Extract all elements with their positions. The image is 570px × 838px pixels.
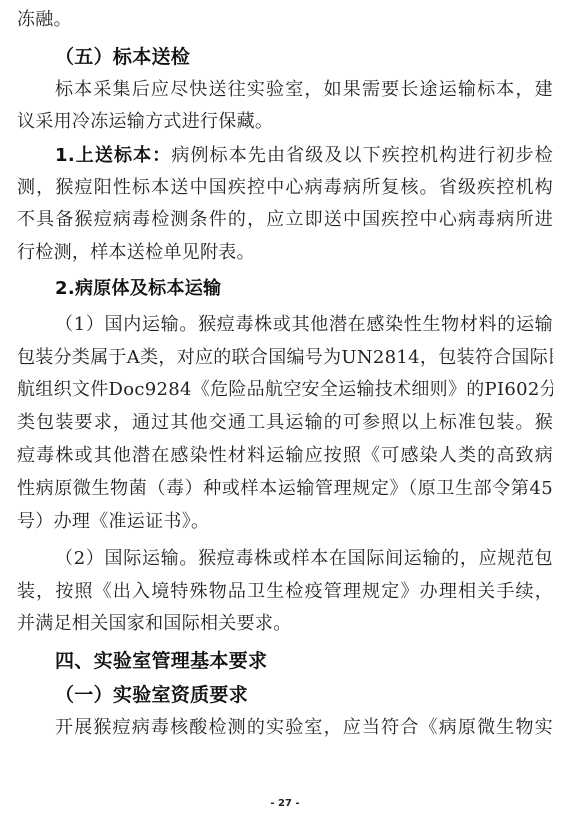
- paragraph-line: 开展猴痘病毒核酸检测的实验室，应当符合《病原微生物实: [55, 713, 553, 743]
- paragraph-line: 包装分类属于A类，对应的联合国编号为UN2814，包装符合国际民: [17, 343, 553, 373]
- paragraph-line-item1: 1.上送标本：病例标本先由省级及以下疾控机构进行初步检: [55, 141, 553, 171]
- item1-label: 1.上送标本：: [55, 145, 171, 166]
- paragraph-line: 航组织文件Doc9284《危险品航空安全运输技术细则》的PI602分: [17, 375, 553, 405]
- paragraph-line: 不具备猴痘病毒检测条件的，应立即送中国疾控中心病毒病所进: [17, 205, 553, 235]
- paragraph-line: 测，猴痘阳性标本送中国疾控中心病毒病所复核。省级疾控机构: [17, 173, 553, 203]
- paragraph-line: （2）国际运输。猴痘毒株或样本在国际间运输的，应规范包: [55, 544, 553, 574]
- paragraph-line: 并满足相关国家和国际相关要求。: [17, 609, 553, 639]
- section-heading-1: （一）实验室资质要求: [55, 680, 553, 710]
- paragraph-line: 号）办理《准运证书》。: [17, 507, 553, 537]
- paragraph-line: 类包装要求，通过其他交通工具运输的可参照以上标准包装。猴: [17, 408, 553, 438]
- paragraph-line: 议采用冷冻运输方式进行保藏。: [17, 107, 553, 137]
- chapter-heading-4: 四、实验室管理基本要求: [55, 646, 553, 676]
- section-heading-5: （五）标本送检: [55, 42, 553, 72]
- paragraph-line: 装，按照《出入境特殊物品卫生检疫管理规定》办理相关手续，: [17, 577, 553, 607]
- paragraph-line: （1）国内运输。猴痘毒株或其他潜在感染性生物材料的运输: [55, 310, 553, 340]
- page-number: - 27 -: [0, 798, 570, 809]
- paragraph-line: 性病原微生物菌（毒）种或样本运输管理规定》（原卫生部令第45: [17, 474, 553, 504]
- paragraph-line: 行检测，样本送检单见附表。: [17, 238, 553, 268]
- subsection-heading-2: 2.病原体及标本运输: [55, 274, 553, 304]
- paragraph-line: 冻融。: [17, 5, 553, 35]
- paragraph-line: 标本采集后应尽快送往实验室，如果需要长途运输标本，建: [55, 75, 553, 105]
- paragraph-line: 痘毒株或其他潜在感染性材料运输应按照《可感染人类的高致病: [17, 441, 553, 471]
- item1-text: 病例标本先由省级及以下疾控机构进行初步检: [171, 145, 553, 166]
